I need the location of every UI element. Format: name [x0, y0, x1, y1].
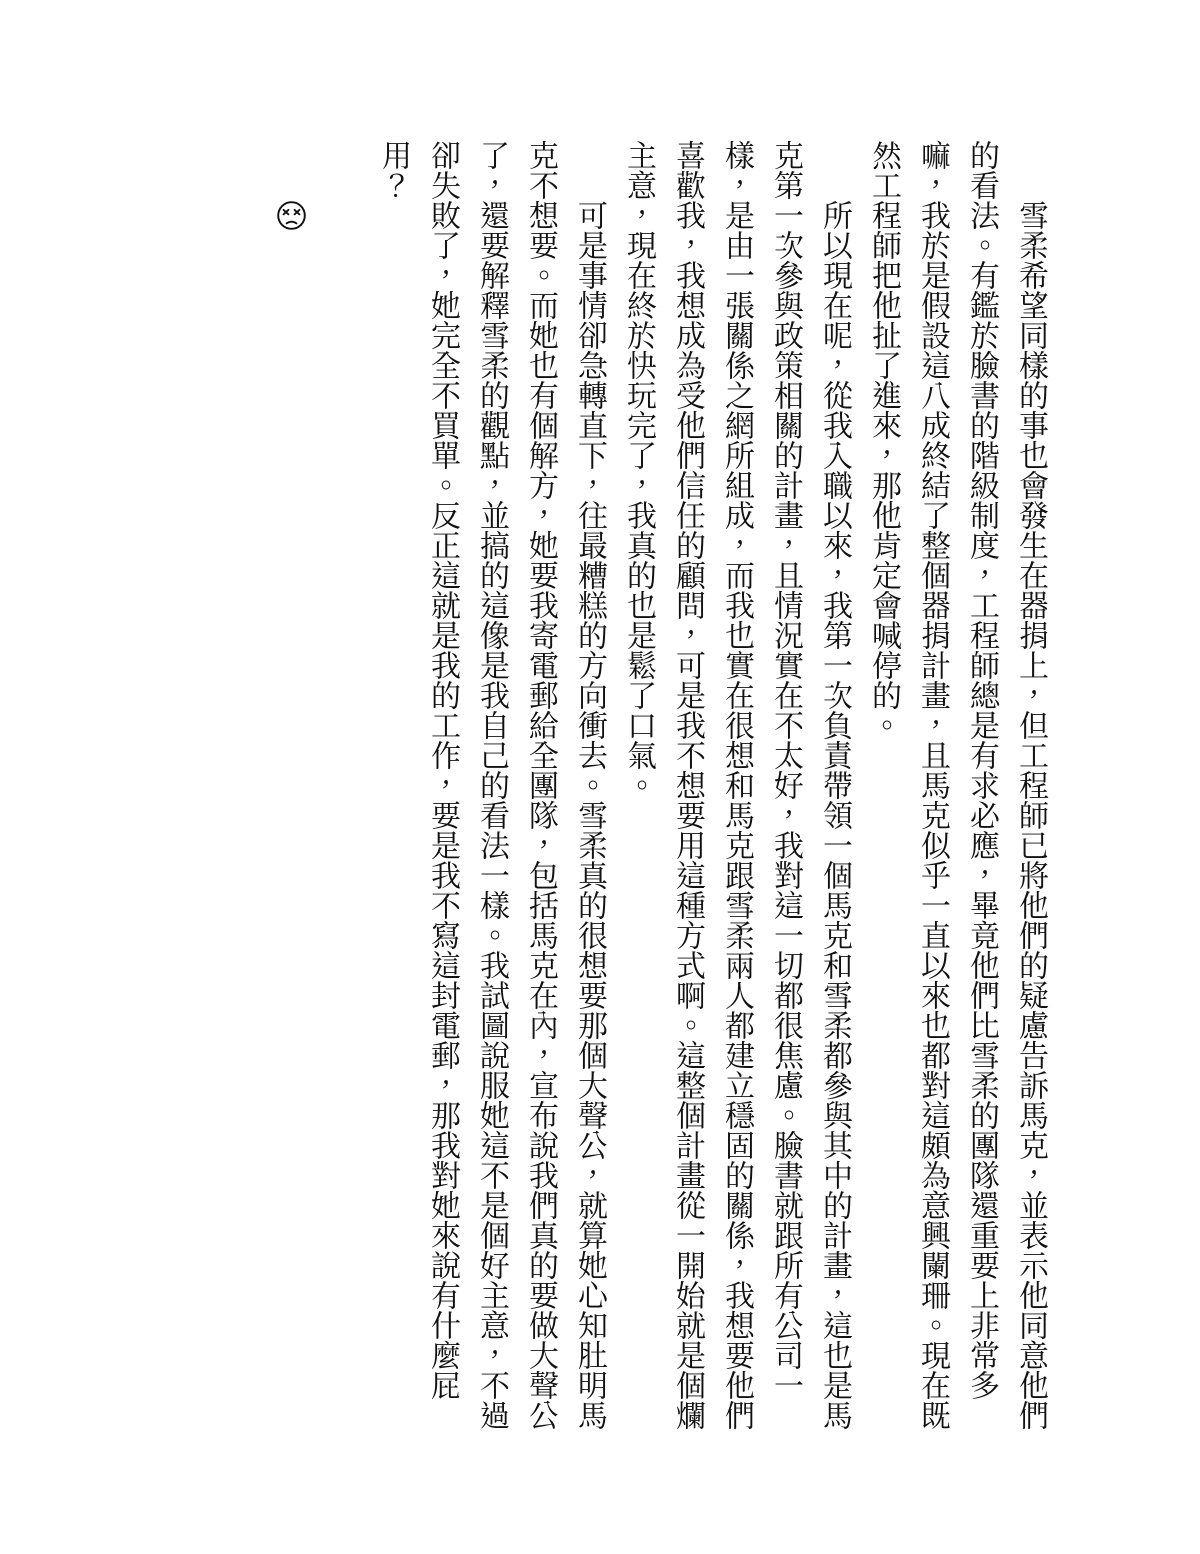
- paragraph-2: 所以現在呢，從我入職以來，我第一次負責帶領一個馬克和雪柔都參與其中的計畫，這也是…: [614, 140, 859, 1430]
- paragraph-1: 雪柔希望同樣的事也會發生在器捐上，但工程師已將他們的疑慮告訴馬克，並表示他同意他…: [859, 140, 1055, 1430]
- paragraph-3: 可是事情卻急轉直下，往最糟糕的方向衝去。雪柔真的很想要那個大聲公，就算她心知肚明…: [369, 140, 614, 1430]
- confounded-face-emoji-icon: [276, 200, 307, 231]
- vertical-text-block: 雪柔希望同樣的事也會發生在器捐上，但工程師已將他們的疑慮告訴馬克，並表示他同意他…: [271, 140, 1055, 1430]
- book-page: 雪柔希望同樣的事也會發生在器捐上，但工程師已將他們的疑慮告訴馬克，並表示他同意他…: [0, 0, 1200, 1554]
- paragraph-emoji: [271, 140, 320, 1430]
